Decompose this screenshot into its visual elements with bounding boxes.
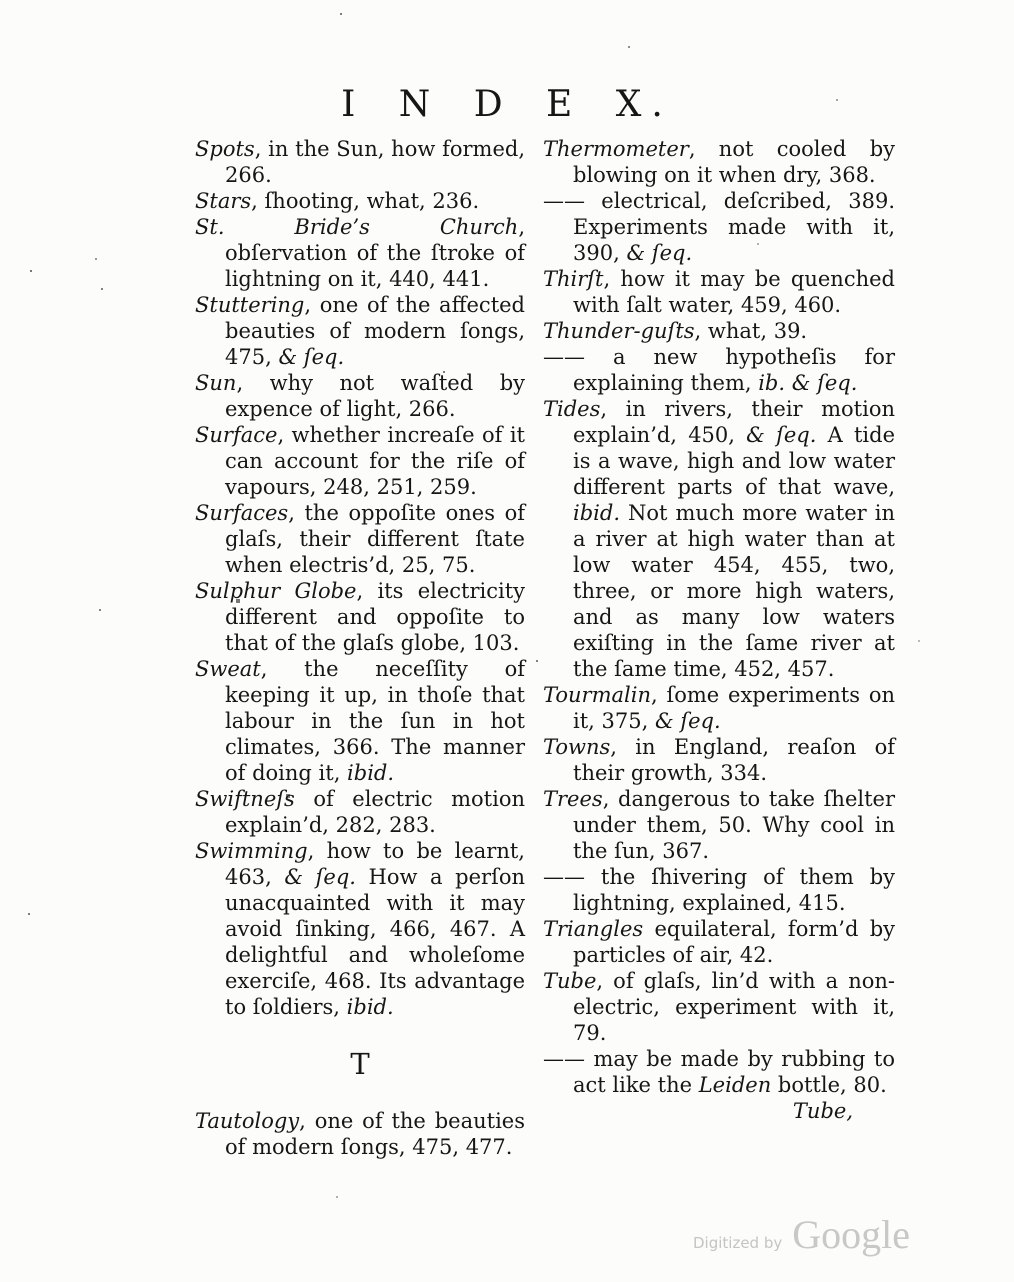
catchword: Tube,	[543, 1098, 895, 1124]
google-watermark: Digitized by Google	[693, 1211, 910, 1258]
index-entry: Trees, dangerous to take ſhelter under t…	[543, 786, 895, 864]
italic-text: & ſeq.	[655, 709, 721, 733]
italic-text: Triangles	[543, 917, 643, 941]
index-entry: Thermometer, not cooled by blowing on it…	[543, 136, 895, 188]
italic-text: Sulphur Globe	[195, 579, 356, 603]
italic-text: Spots	[195, 137, 255, 161]
italic-text: Tides	[543, 397, 600, 421]
italic-text: Trees	[543, 787, 603, 811]
roman-text: , why not waſted by expence of light, 26…	[225, 371, 525, 421]
digitized-by-label: Digitized by	[693, 1234, 782, 1252]
scan-noise-specks	[0, 0, 2, 2]
left-column: Spots, in the Sun, how formed, 266.Stars…	[195, 136, 525, 1160]
roman-text: , ſhooting, what, 236.	[251, 189, 479, 213]
index-entry: Swimming, how to be learnt, 463, & ſeq. …	[195, 838, 525, 1020]
italic-text: Surfaces	[195, 501, 288, 525]
roman-text: —— electrical, deſcribed, 389. Experimen…	[543, 189, 895, 265]
index-entry: —— a new hypotheſis for explaining them,…	[543, 344, 895, 396]
italic-text: Swiftneſs	[195, 787, 295, 811]
index-entry: Tides, in rivers, their motion explain’d…	[543, 396, 895, 682]
italic-text: Surface	[195, 423, 277, 447]
italic-text: Sun	[195, 371, 236, 395]
roman-text: bottle, 80.	[771, 1073, 887, 1097]
roman-text: , dangerous to take ſhelter under them, …	[573, 787, 895, 863]
roman-text: —— the ſhivering of them by lightning, e…	[543, 865, 895, 915]
italic-text: Tautology	[195, 1109, 299, 1133]
index-entry: Tourmalin, ſome experiments on it, 375, …	[543, 682, 895, 734]
roman-text: Not much more water in a river at high w…	[573, 501, 895, 681]
page-title: I N D E X.	[0, 84, 1014, 125]
italic-text: Tube	[543, 969, 596, 993]
italic-text: Stuttering	[195, 293, 304, 317]
italic-text: Swimming	[195, 839, 308, 863]
italic-text: Tourmalin	[543, 683, 651, 707]
index-entry: Triangles equilateral, form’d by particl…	[543, 916, 895, 968]
right-column: Thermometer, not cooled by blowing on it…	[543, 136, 895, 1160]
italic-text: Stars	[195, 189, 251, 213]
index-entry: Tube, of glaſs, lin’d with a non-electri…	[543, 968, 895, 1046]
google-logo: Google	[792, 1211, 910, 1258]
index-entry: St. Bride’s Church, obſervation of the ſ…	[195, 214, 525, 292]
index-entry: Tautology, one of the beauties of modern…	[195, 1108, 525, 1160]
italic-text: St. Bride’s Church	[195, 215, 518, 239]
index-entry: Stuttering, one of the affected beauties…	[195, 292, 525, 370]
italic-text: Sweat	[195, 657, 261, 681]
index-entry: Surface, whether increaſe of it can acco…	[195, 422, 525, 500]
index-entry: Sulphur Globe, its electricity different…	[195, 578, 525, 656]
italic-text: Thirſt	[543, 267, 604, 291]
italic-text: ibid.	[347, 761, 394, 785]
italic-text: Thunder-guſts	[543, 319, 695, 343]
index-entry: Sweat, the neceſſity of keeping it up, i…	[195, 656, 525, 786]
roman-text: , what, 39.	[695, 319, 808, 343]
index-columns: Spots, in the Sun, how formed, 266.Stars…	[195, 136, 895, 1160]
italic-text: & ſeq.	[746, 423, 816, 447]
italic-text: Leiden	[699, 1073, 772, 1097]
italic-text: & ſeq.	[626, 241, 692, 265]
roman-text: , of glaſs, lin’d with a non-electric, e…	[573, 969, 895, 1045]
index-entry: Swiftneſs of electric motion explain’d, …	[195, 786, 525, 838]
index-entry: —— may be made by rubbing to act like th…	[543, 1046, 895, 1098]
italic-text: Towns	[543, 735, 610, 759]
italic-text: Thermometer	[543, 137, 689, 161]
italic-text: & ſeq.	[284, 865, 356, 889]
italic-text: ibid.	[573, 501, 620, 525]
index-entry: Spots, in the Sun, how formed, 266.	[195, 136, 525, 188]
italic-text: ibid.	[347, 995, 394, 1019]
italic-text: Tube,	[793, 1099, 853, 1123]
index-entry: Sun, why not waſted by expence of light,…	[195, 370, 525, 422]
section-heading: T	[195, 1051, 525, 1077]
scanned-book-page: I N D E X. Spots, in the Sun, how formed…	[0, 0, 1014, 1282]
index-entry: —— the ſhivering of them by lightning, e…	[543, 864, 895, 916]
index-entry: Thirſt, how it may be quenched with ſalt…	[543, 266, 895, 318]
italic-text: & ſeq.	[278, 345, 344, 369]
roman-text: , how it may be quenched with ſalt water…	[573, 267, 895, 317]
index-entry: Stars, ſhooting, what, 236.	[195, 188, 525, 214]
roman-text: , in England, reaſon of their growth, 33…	[573, 735, 895, 785]
index-entry: Surfaces, the oppoſite ones of glaſs, th…	[195, 500, 525, 578]
index-entry: —— electrical, deſcribed, 389. Experimen…	[543, 188, 895, 266]
index-entry: Towns, in England, reaſon of their growt…	[543, 734, 895, 786]
italic-text: ib. & ſeq.	[758, 371, 857, 395]
roman-text: , in the Sun, how formed, 266.	[225, 137, 525, 187]
index-entry: Thunder-guſts, what, 39.	[543, 318, 895, 344]
